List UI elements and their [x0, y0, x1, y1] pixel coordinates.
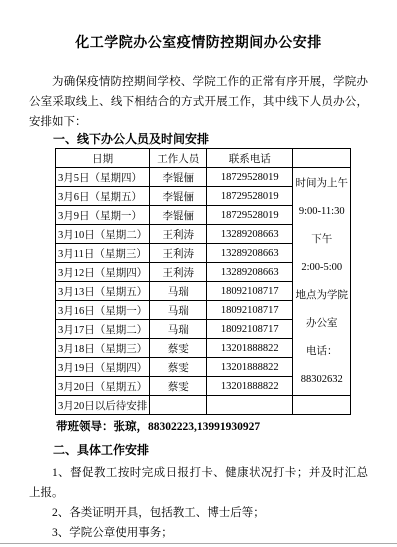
document-title: 化工学院办公室疫情防控期间办公安排: [0, 0, 397, 50]
table-row: 3月5日（星期四）李锟俪18729528019时间为上午9:00-11:30下午…: [56, 168, 351, 187]
cell-date: 3月13日（星期五）: [56, 282, 150, 301]
duty-leader-line: 带班领导：张琼，88302223,13991930927: [56, 420, 397, 435]
cell-phone: 18729528019: [207, 206, 293, 225]
table-row: 3月20日以后待安排: [56, 396, 351, 415]
cell-staff: 蔡雯: [150, 377, 207, 396]
cell-phone: 13289208663: [207, 263, 293, 282]
section2-heading: 二、具体工作安排: [29, 443, 368, 457]
cell-phone: 18092108717: [207, 301, 293, 320]
cell-date: 3月9日（星期一）: [56, 206, 150, 225]
cell-phone: 13201888822: [207, 377, 293, 396]
time-place-info-cell: 时间为上午9:00-11:30下午2:00-5:00地点为学院办公室电话：883…: [293, 168, 351, 396]
cell-staff: 李锟俪: [150, 187, 207, 206]
cell-staff: 王利涛: [150, 225, 207, 244]
info-line: 电话：: [295, 338, 348, 366]
cell-date: 3月18日（星期三）: [56, 339, 150, 358]
cell-date: 3月6日（星期五）: [56, 187, 150, 206]
header-empty: [293, 149, 351, 168]
info-line: 时间为上午: [295, 170, 348, 198]
schedule-table-header: 日期工作人员联系电话: [56, 149, 351, 168]
section1-heading: 一、线下办公人员及时间安排: [29, 132, 368, 146]
cell-date: 3月12日（星期四）: [56, 263, 150, 282]
cell-date: 3月5日（星期四）: [56, 168, 150, 187]
cell-staff: 马瑞: [150, 282, 207, 301]
cell-phone: 18092108717: [207, 282, 293, 301]
cell-date: 3月11日（星期三）: [56, 244, 150, 263]
cell-staff: 马瑞: [150, 301, 207, 320]
cell-staff: 李锟俪: [150, 206, 207, 225]
header-staff: 工作人员: [150, 149, 207, 168]
cell-date: 3月10日（星期二）: [56, 225, 150, 244]
cell-date: 3月20日以后待安排: [56, 396, 150, 415]
cell-staff: 王利涛: [150, 244, 207, 263]
schedule-table-body: 3月5日（星期四）李锟俪18729528019时间为上午9:00-11:30下午…: [56, 168, 351, 415]
info-line: 地点为学院: [295, 282, 348, 310]
header-date: 日期: [56, 149, 150, 168]
info-line: 办公室: [295, 310, 348, 338]
cell-phone: [207, 396, 293, 415]
cell-staff: 马瑞: [150, 320, 207, 339]
info-line: 2:00-5:00: [295, 254, 348, 282]
cell-phone: 18729528019: [207, 187, 293, 206]
document-page: 化工学院办公室疫情防控期间办公安排 为确保疫情防控期间学校、学院工作的正常有序开…: [0, 0, 397, 547]
cell-staff: [150, 396, 207, 415]
info-line: 9:00-11:30: [295, 198, 348, 226]
info-line: 下午: [295, 226, 348, 254]
cell-phone: 13201888822: [207, 339, 293, 358]
cell-staff: 蔡雯: [150, 339, 207, 358]
cell-staff: 李锟俪: [150, 168, 207, 187]
cell-date: 3月20日（星期五）: [56, 377, 150, 396]
cell-staff: 蔡雯: [150, 358, 207, 377]
header-phone: 联系电话: [207, 149, 293, 168]
cell-phone: 13289208663: [207, 225, 293, 244]
cell-staff: 王利涛: [150, 263, 207, 282]
cell-phone: 13289208663: [207, 244, 293, 263]
schedule-table: 日期工作人员联系电话 3月5日（星期四）李锟俪18729528019时间为上午9…: [55, 148, 351, 415]
task-item-1: 1、督促教工按时完成日报打卡、健康状况打卡；并及时汇总上报。: [29, 463, 368, 503]
cell-phone: 18092108717: [207, 320, 293, 339]
cell-date: 3月17日（星期二）: [56, 320, 150, 339]
info-line: 88302632: [295, 366, 348, 394]
cell-phone: 13201888822: [207, 358, 293, 377]
cell-phone: 18729528019: [207, 168, 293, 187]
page-bottom-divider: [0, 543, 397, 544]
task-item-3: 3、学院公章使用事务；: [29, 523, 368, 543]
task-item-2: 2、各类证明开具，包括教工、博士后等；: [29, 503, 368, 523]
cell-date: 3月16日（星期一）: [56, 301, 150, 320]
cell-empty: [293, 396, 351, 415]
intro-paragraph: 为确保疫情防控期间学校、学院工作的正常有序开展，学院办公室采取线上、线下相结合的…: [29, 72, 368, 132]
cell-date: 3月19日（星期四）: [56, 358, 150, 377]
table-header-row: 日期工作人员联系电话: [56, 149, 351, 168]
